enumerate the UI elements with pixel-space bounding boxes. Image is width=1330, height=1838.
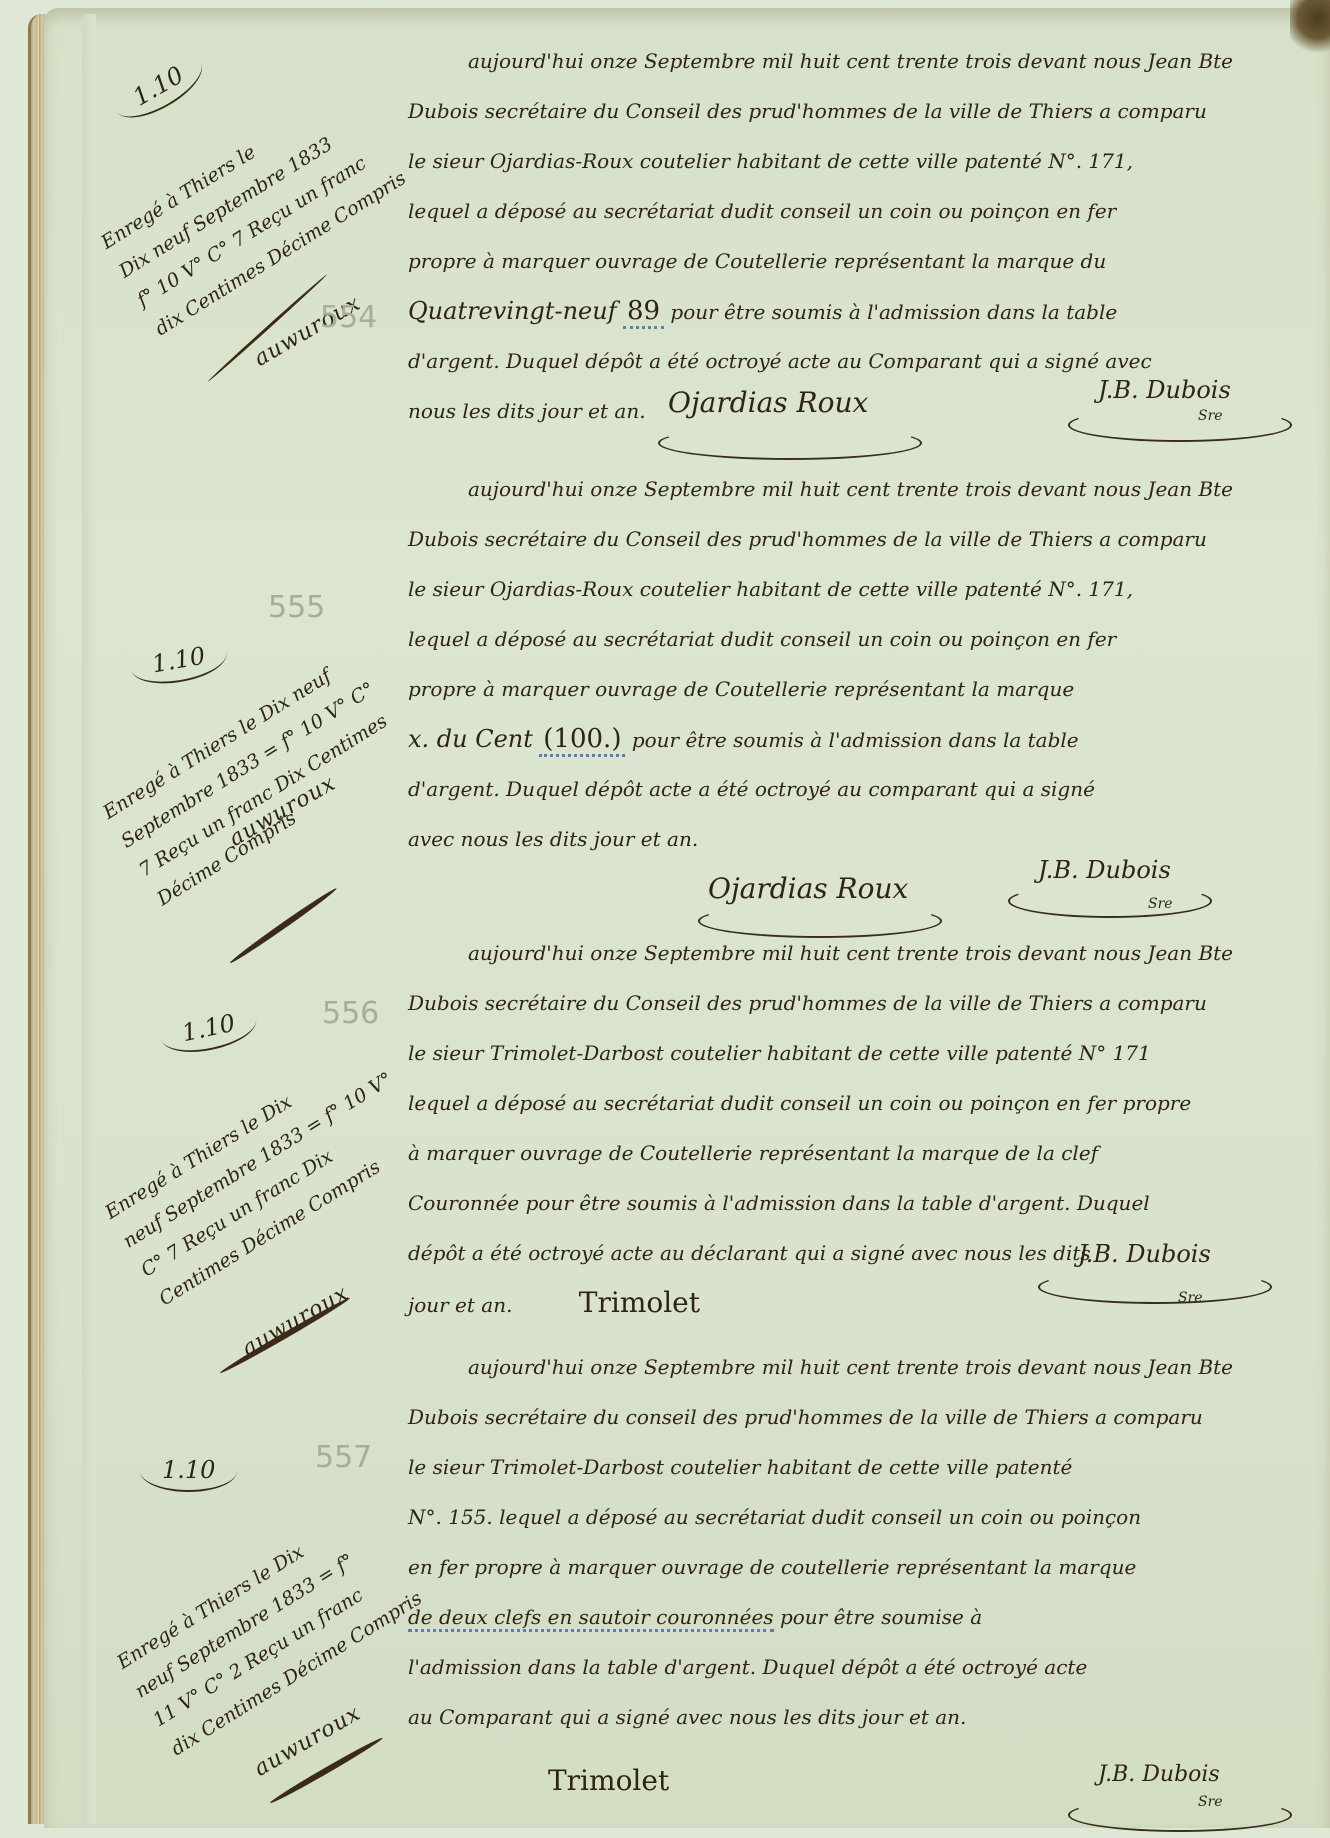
entry-line: N°. 155. lequel a déposé au secrétariat … <box>408 1492 1308 1542</box>
pen-flourish <box>228 886 338 965</box>
margin-note-4: 1.10 Enregé à Thiers le Dix neuf Septemb… <box>100 1420 410 1820</box>
pencil-folio-number: 556 <box>322 996 379 1031</box>
signature-flourish <box>1008 884 1212 918</box>
entry-line: l'admission dans la table d'argent. Duqu… <box>408 1642 1308 1692</box>
secretary-signature: J.B. Dubois <box>1038 856 1171 884</box>
signature-flourish <box>1038 1270 1272 1304</box>
entry-line: le sieur Ojardias-Roux coutelier habitan… <box>408 136 1308 186</box>
entry-line: le sieur Ojardias-Roux coutelier habitan… <box>408 564 1308 614</box>
mark-description: de deux clefs en sautoir couronnées <box>408 1605 774 1632</box>
entry-line: aujourd'hui onze Septembre mil huit cent… <box>408 928 1308 978</box>
mark-number: (100.) <box>539 724 625 757</box>
entry-line: Dubois secrétaire du Conseil des prud'ho… <box>408 978 1308 1028</box>
entry-line: le sieur Trimolet-Darbost coutelier habi… <box>408 1028 1308 1078</box>
entry-line: de deux clefs en sautoir couronnées pour… <box>408 1592 1308 1642</box>
entry-line: lequel a déposé au secrétariat dudit con… <box>408 614 1308 664</box>
secretary-signature: J.B. Dubois <box>1078 1240 1211 1268</box>
entry-text: pour être soumis à l'admission dans la t… <box>632 728 1079 752</box>
fee-amount: 1.10 <box>140 1450 237 1492</box>
entry-line: propre à marquer ouvrage de Coutellerie … <box>408 236 1308 286</box>
margin-note-2: 1.10 Enregé à Thiers le Dix neuf Septemb… <box>100 600 410 1000</box>
signature-flourish <box>658 426 922 460</box>
registrar-signature: auwuroux <box>250 1701 365 1782</box>
entry-text: pour être soumis à l'admission dans la t… <box>670 300 1117 324</box>
entry-line: x. du Cent (100.) pour être soumis à l'a… <box>408 714 1308 764</box>
deposit-entry-3: aujourd'hui onze Septembre mil huit cent… <box>408 928 1308 1328</box>
entry-line: Dubois secrétaire du Conseil des prud'ho… <box>408 86 1308 136</box>
entry-line: au Comparant qui a signé avec nous les d… <box>408 1692 1308 1742</box>
pen-flourish <box>219 1295 352 1375</box>
margin-note-1: 1.10 Enregé à Thiers le Dix neuf Septemb… <box>100 30 400 390</box>
entry-line: Dubois secrétaire du conseil des prud'ho… <box>408 1392 1308 1442</box>
signature-flourish <box>1068 1798 1292 1832</box>
signature-flourish <box>1068 408 1292 442</box>
pencil-folio-number: 557 <box>315 1440 372 1475</box>
entry-line: d'argent. Duquel dépôt acte a été octroy… <box>408 764 1308 814</box>
entry-line: en fer propre à marquer ouvrage de coute… <box>408 1542 1308 1592</box>
page-gutter <box>82 14 96 1824</box>
register-photo: 1.10 Enregé à Thiers le Dix neuf Septemb… <box>0 0 1330 1838</box>
entry-line: lequel a déposé au secrétariat dudit con… <box>408 1078 1308 1128</box>
party-signature: Ojardias Roux <box>708 872 908 905</box>
mark-number: 89 <box>623 296 664 329</box>
pencil-folio-number: 555 <box>268 590 325 625</box>
entry-line: Quatrevingt-neuf 89 pour être soumis à l… <box>408 286 1308 336</box>
party-signature: Ojardias Roux <box>668 386 868 419</box>
entry-text: pour être soumise à <box>780 1605 982 1629</box>
entry-text: jour et an. <box>408 1293 512 1317</box>
entry-line: le sieur Trimolet-Darbost coutelier habi… <box>408 1442 1308 1492</box>
deposit-entry-4: aujourd'hui onze Septembre mil huit cent… <box>408 1342 1308 1742</box>
entry-line: à marquer ouvrage de Coutellerie représe… <box>408 1128 1308 1178</box>
fee-amount: 1.10 <box>106 44 211 129</box>
mark-name: Quatrevingt-neuf <box>408 297 617 325</box>
fee-amount: 1.10 <box>157 998 261 1059</box>
deposit-entry-1: aujourd'hui onze Septembre mil huit cent… <box>408 36 1308 436</box>
entry-line: Couronnée pour être soumis à l'admission… <box>408 1178 1308 1228</box>
party-signature: Trimolet <box>579 1286 700 1319</box>
party-signature: Trimolet <box>548 1764 669 1797</box>
entry-line: propre à marquer ouvrage de Coutellerie … <box>408 664 1308 714</box>
deposit-entry-2: aujourd'hui onze Septembre mil huit cent… <box>408 464 1308 864</box>
entry-line: Dubois secrétaire du Conseil des prud'ho… <box>408 514 1308 564</box>
mark-name: x. du Cent <box>408 725 533 753</box>
entry-line: lequel a déposé au secrétariat dudit con… <box>408 186 1308 236</box>
fee-amount: 1.10 <box>127 632 230 690</box>
secretary-signature: J.B. Dubois <box>1098 1762 1220 1787</box>
margin-note-3: 1.10 Enregé à Thiers le Dix neuf Septemb… <box>100 1000 410 1380</box>
registration-note: Enregé à Thiers le Dix neuf Septembre 18… <box>98 1025 450 1315</box>
entry-line: aujourd'hui onze Septembre mil huit cent… <box>408 36 1308 86</box>
secretary-signature: J.B. Dubois <box>1098 376 1231 404</box>
entry-line: aujourd'hui onze Septembre mil huit cent… <box>408 1342 1308 1392</box>
entry-line: avec nous les dits jour et an. <box>408 814 1308 864</box>
pencil-folio-number: 554 <box>320 300 377 335</box>
entry-line: aujourd'hui onze Septembre mil huit cent… <box>408 464 1308 514</box>
